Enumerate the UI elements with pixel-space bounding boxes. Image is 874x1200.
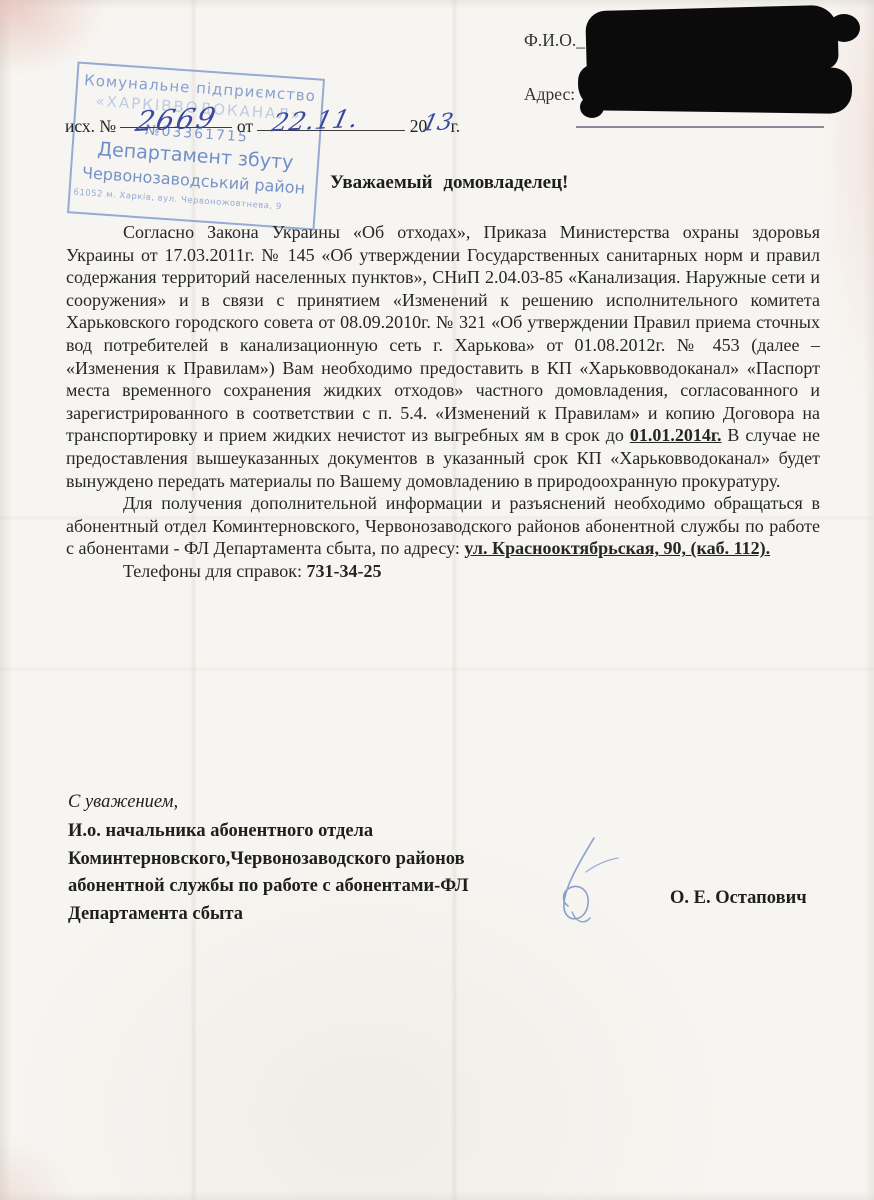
signatory-name: О. Е. Остапович	[670, 888, 807, 909]
body-text-segment: Согласно Закона Украины «Об отходах», Пр…	[66, 222, 820, 445]
redaction-ink-bottom	[578, 64, 853, 114]
body-text-segment: ул. Краснооктябрьская, 90, (каб. 112).	[464, 538, 770, 558]
signature-title-line: И.о. начальника абонентного отдела	[68, 818, 469, 846]
body-paragraph: Для получения дополнительной информации …	[66, 492, 820, 560]
body-paragraph: Телефоны для справок: 731-34-25	[66, 560, 820, 583]
outgoing-date-blank: 22.11.	[257, 109, 405, 131]
body-paragraph: Согласно Закона Украины «Об отходах», Пр…	[66, 221, 820, 492]
outgoing-from-label: от	[237, 116, 253, 136]
letter-body: Согласно Закона Украины «Об отходах», Пр…	[66, 221, 820, 583]
redaction-ink-drip	[580, 96, 604, 118]
signature-title-line: Департамента сбыта	[68, 901, 469, 929]
address-underline	[576, 126, 824, 128]
redaction-ink-knob	[828, 14, 860, 42]
redaction-blob	[578, 8, 864, 120]
department-stamp: Комунальне підприємство «ХАРКІВВОДОКАНАЛ…	[67, 62, 325, 231]
signature-block: С уважением, И.о. начальника абонентного…	[68, 792, 469, 928]
recipient-name-label: Ф.И.О._	[524, 30, 585, 51]
outgoing-ref-line: исх. № 2669 от 22.11. 2013г.	[65, 106, 460, 138]
handwritten-signature	[522, 832, 632, 937]
signature-closing: С уважением,	[68, 792, 469, 813]
outgoing-label: исх. №	[65, 116, 116, 136]
signature-title-line: Коминтерновского,Червонозаводского район…	[68, 846, 469, 874]
scan-crease-horizontal	[0, 668, 874, 670]
body-text-segment: 731-34-25	[307, 561, 382, 581]
signature-title-line: абонентной службы по работе с абонентами…	[68, 873, 469, 901]
salutation: Уважаемый домовладелец!	[330, 172, 568, 194]
outgoing-number-handwritten: 2669	[132, 101, 220, 138]
scanned-letter-page: Комунальне підприємство «ХАРКІВВОДОКАНАЛ…	[0, 0, 874, 1200]
outgoing-date-handwritten: 22.11.	[269, 104, 362, 137]
recipient-address-label: Адрес:	[524, 84, 575, 105]
outgoing-number-blank: 2669	[120, 106, 232, 128]
body-text-segment: 01.01.2014г.	[630, 425, 722, 445]
body-text-segment: Телефоны для справок:	[123, 561, 307, 581]
